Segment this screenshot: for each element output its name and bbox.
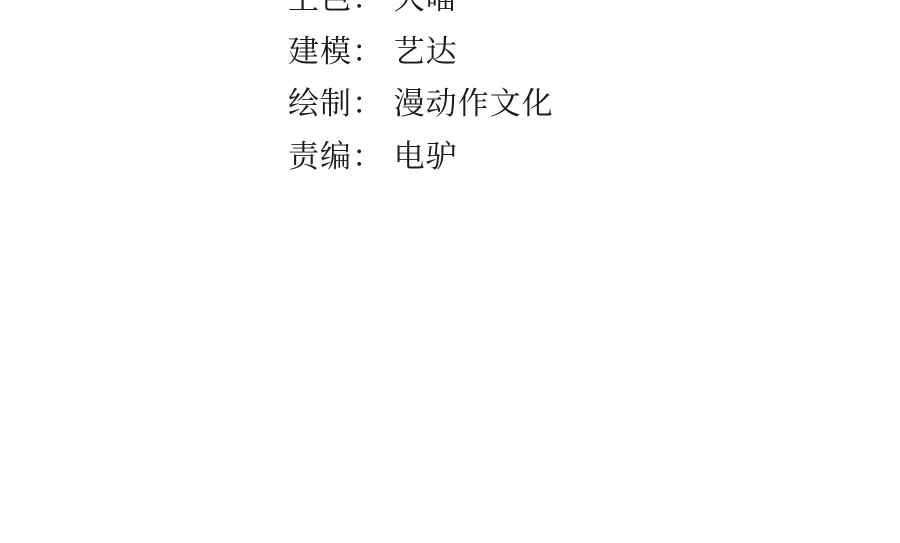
comic-credits-page: 上色： 大喵 建模： 艺达 绘制： 漫动作文化 责编： 电驴	[0, 0, 900, 543]
credit-line-modeling: 建模： 艺达	[288, 36, 458, 67]
credit-line-drawing: 绘制： 漫动作文化	[288, 88, 554, 119]
credit-line-editor: 责编： 电驴	[288, 141, 458, 172]
credit-line-coloring: 上色： 大喵	[288, 0, 458, 14]
